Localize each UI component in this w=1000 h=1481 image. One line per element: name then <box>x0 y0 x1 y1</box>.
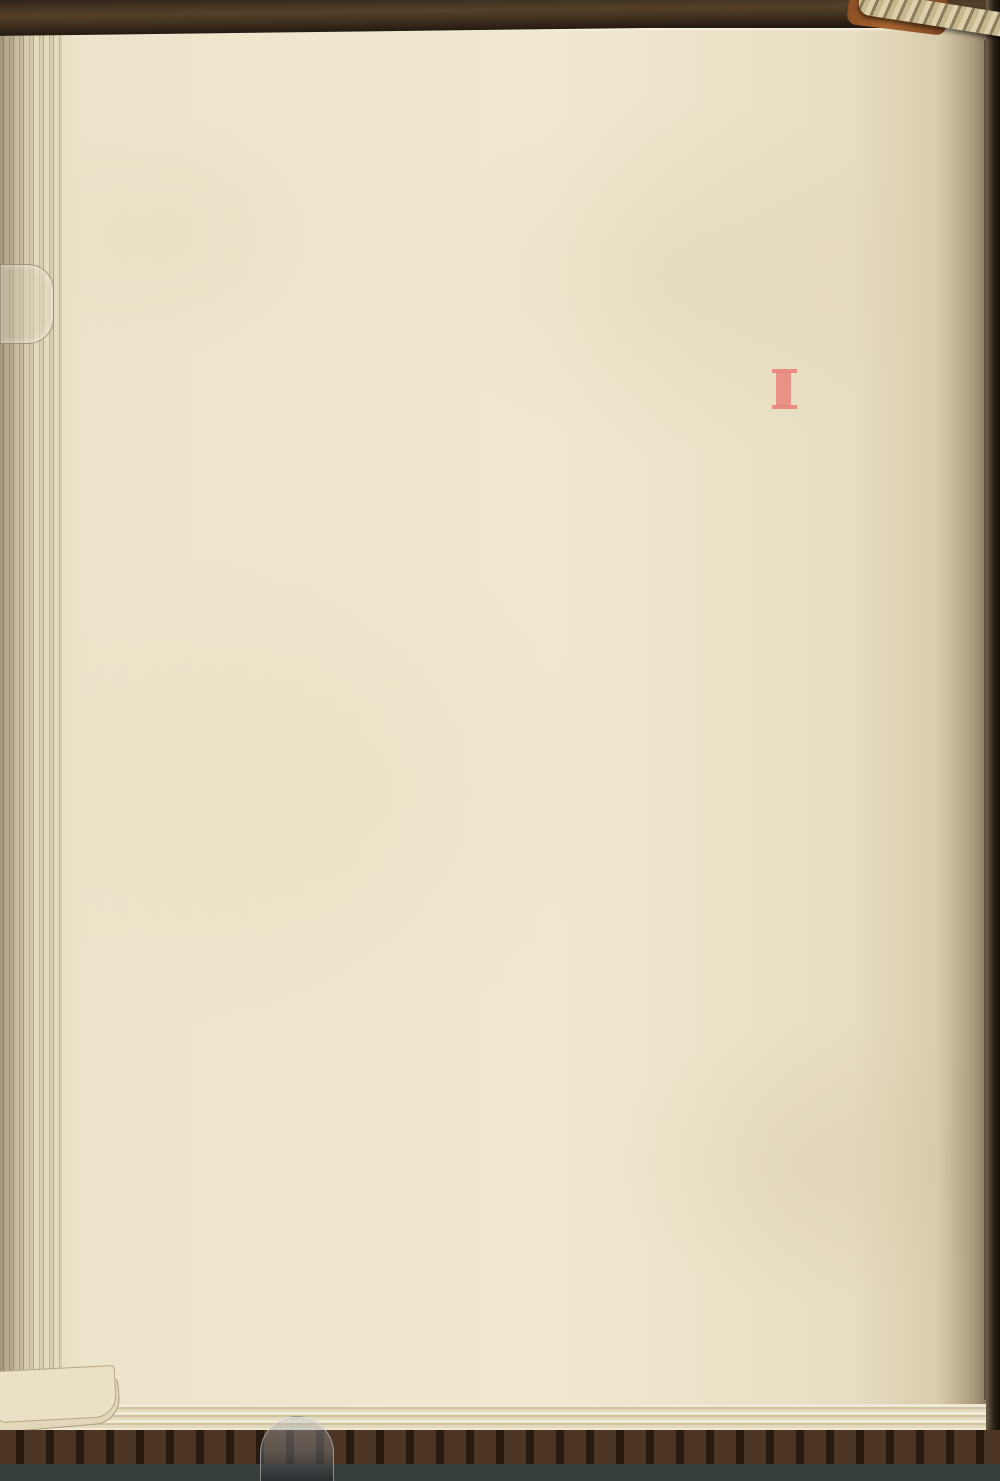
manuscript-photo <box>0 0 1000 1481</box>
page-corner-top <box>0 1365 117 1423</box>
red-margin-bracket <box>776 372 791 406</box>
photo-base <box>0 1464 1000 1481</box>
page-weight-strap <box>260 1416 334 1481</box>
page-stack-shade <box>0 22 62 1418</box>
red-bracket-top-bar <box>772 369 797 373</box>
book-spine-edge <box>986 0 1000 1481</box>
parchment-page <box>20 28 988 1412</box>
red-bracket-bottom-bar <box>772 405 797 409</box>
page-holder-clip <box>0 264 54 344</box>
gutter-shadow <box>938 28 988 1412</box>
